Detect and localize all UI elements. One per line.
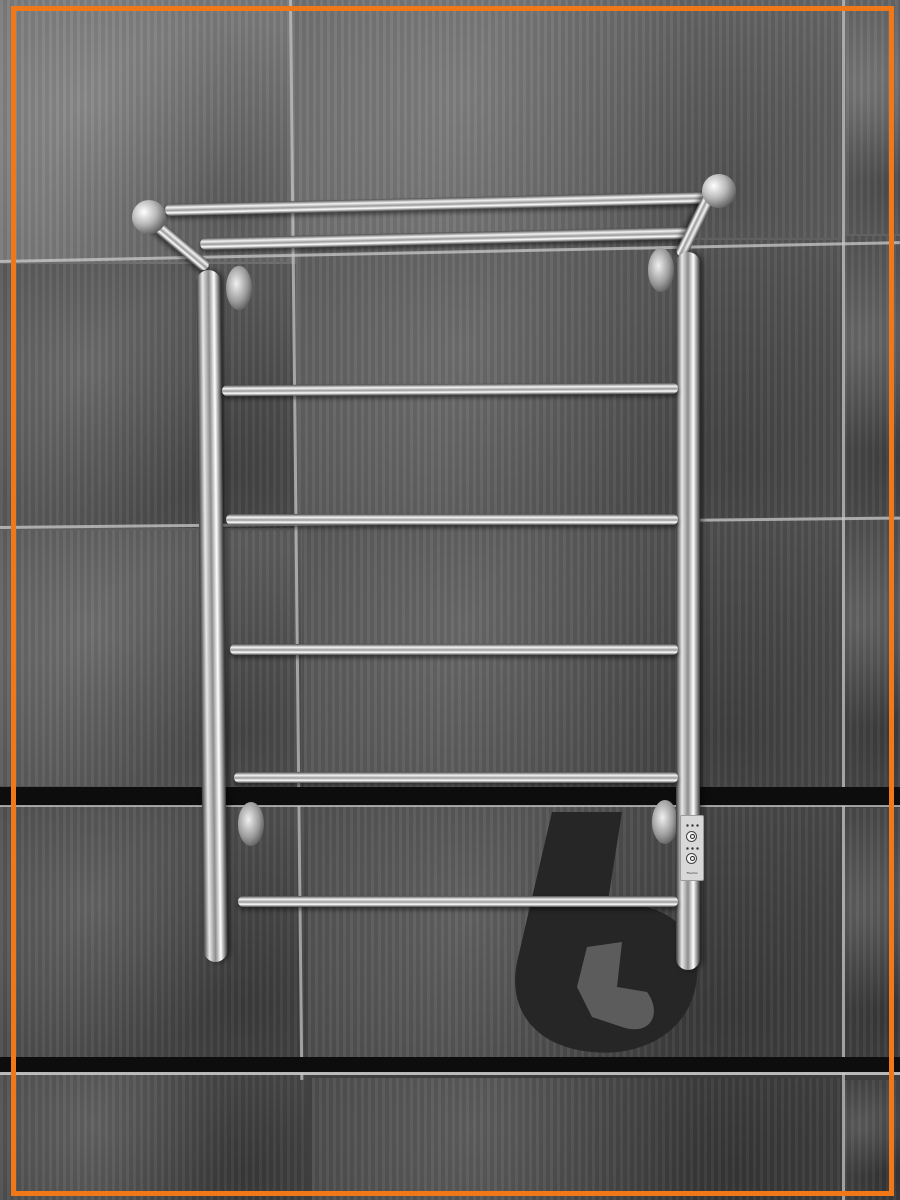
- wall-tile: [298, 240, 842, 518]
- towel-bar: [234, 772, 678, 783]
- indicator-leds: [685, 824, 699, 827]
- dark-tile-band: [0, 1057, 900, 1073]
- grout-line: [0, 1072, 900, 1075]
- shelf-end-cap: [702, 174, 736, 208]
- grout-line: [842, 0, 845, 1200]
- dark-tile-band: [0, 787, 900, 806]
- indicator-leds: [685, 847, 699, 850]
- wall-tile: [0, 806, 306, 1058]
- painted-letter-b: [512, 812, 702, 1057]
- panel-label: Thermo: [683, 871, 701, 875]
- wall-tile: [0, 1074, 308, 1200]
- power-icon[interactable]: [686, 831, 697, 842]
- wall-tile: [844, 236, 900, 516]
- wall-mount: [226, 266, 252, 310]
- wall-tile: [0, 530, 302, 786]
- wall-mount: [648, 248, 674, 292]
- grout-line: [0, 805, 900, 807]
- shelf-end-cap: [132, 200, 166, 234]
- wall-mount: [238, 802, 264, 846]
- heater-control-panel[interactable]: Thermo: [680, 815, 704, 881]
- wall-tile: [842, 518, 900, 788]
- wall-tile: [842, 808, 900, 1070]
- wall-tile: [312, 1078, 842, 1200]
- towel-bar: [238, 896, 678, 907]
- towel-bar: [226, 514, 678, 525]
- power-icon[interactable]: [686, 853, 697, 864]
- wall-mount: [652, 800, 678, 844]
- photo-scene: Thermo Black-and-white photo of a chrome…: [0, 0, 900, 1200]
- wall-tile: [844, 1080, 900, 1200]
- wall-tile: [846, 0, 900, 234]
- towel-bar: [230, 644, 678, 655]
